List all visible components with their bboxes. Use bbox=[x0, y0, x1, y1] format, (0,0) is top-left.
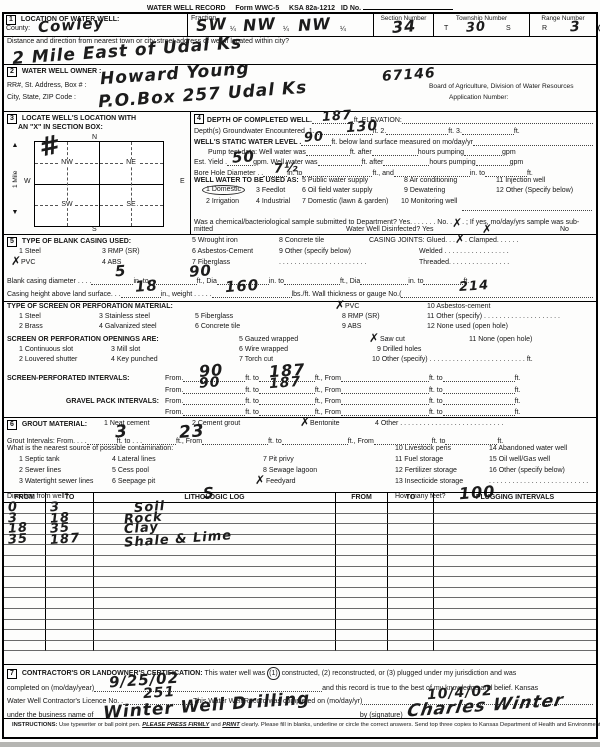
plug-row-desc bbox=[434, 535, 596, 546]
screen-option-10: 10 Asbestos-cement bbox=[427, 303, 490, 310]
section-box-diagram: NW NE SW SE # bbox=[34, 141, 164, 227]
use-option-9: 9 Dewatering bbox=[404, 187, 445, 194]
use-option-7: 7 Domestic (lawn & garden) bbox=[302, 198, 388, 205]
gp2-ftto2: ft. to bbox=[429, 409, 443, 416]
section1-number: 1 bbox=[6, 15, 16, 25]
section5-casing: 5 TYPE OF BLANK CASING USED: 5 Wrought i… bbox=[4, 234, 596, 301]
gp1-from: From. bbox=[165, 398, 183, 405]
gp1-ftto: ft. to bbox=[245, 398, 259, 405]
screen-option-1: 1 Steel bbox=[19, 313, 41, 320]
spi2-from: From. bbox=[165, 387, 183, 394]
quarter-line-h1 bbox=[35, 163, 163, 164]
yield-after-label: ft. after bbox=[362, 159, 384, 166]
col-from-2: FROM bbox=[336, 493, 388, 503]
plug-row-desc bbox=[434, 503, 596, 514]
use-row3: 2 Irrigation 4 Industrial 7 Domestic (la… bbox=[194, 198, 593, 210]
casing-option-3: 3 RMP (SR) bbox=[102, 248, 140, 255]
contam-option-6: 6 Seepage pit bbox=[112, 478, 155, 485]
quadrant-ne: NE bbox=[124, 159, 138, 166]
scan-edge bbox=[0, 742, 600, 747]
contam-option-5: 5 Cess pool bbox=[112, 467, 149, 474]
static-level-row: WELL'S STATIC WATER LEVEL . ft. below la… bbox=[194, 135, 593, 146]
section2-number: 2 bbox=[7, 67, 17, 77]
log-row-from: 35 bbox=[4, 535, 46, 546]
x-mark-bentonite: ✗ bbox=[300, 419, 310, 425]
x-mark-glued: ✗ bbox=[455, 236, 465, 242]
spi1-ftfrom: ft., From bbox=[315, 375, 341, 382]
section-number-value: 34 bbox=[391, 18, 416, 36]
section-box-horizontal-line bbox=[35, 184, 163, 185]
completed-on-label: completed on (mo/day/year) bbox=[7, 685, 94, 692]
section3-number: 3 bbox=[7, 114, 17, 124]
gravel-intervals-label: GRAVEL PACK INTERVALS: bbox=[7, 398, 165, 405]
one-mile-label: 1 Mile bbox=[12, 149, 19, 209]
county-value: Cowley bbox=[38, 16, 105, 36]
spi2-ftfrom: ft., From bbox=[315, 387, 341, 394]
grout-intervals-label: Grout Intervals: From. . . . bbox=[7, 438, 87, 445]
fraction-q1: SW bbox=[195, 16, 227, 34]
casing-option-9-dots: . . . . . . . . . . . . . . . . . . . . … bbox=[279, 259, 367, 266]
zip-value: 67146 bbox=[382, 66, 437, 84]
range-value: 3 bbox=[570, 20, 582, 35]
contam-option-4: 4 Lateral lines bbox=[112, 456, 156, 463]
quadrant-sw: SW bbox=[59, 201, 74, 208]
screen-option-12: 12 None used (open hole) bbox=[427, 323, 508, 330]
instructions-u2: PRINT bbox=[222, 722, 239, 728]
joints-welded: Welded . . . . . . . . . . . . . . . . . bbox=[419, 248, 509, 255]
bore-ft-and: ft., and bbox=[372, 170, 393, 177]
quarter-symbol-1: ¼ bbox=[230, 26, 236, 33]
x-mark-pvc-screen: ✗ bbox=[335, 302, 345, 308]
form-number: Form WWC-5 bbox=[235, 5, 279, 12]
spi1-ftto: ft. to bbox=[245, 375, 259, 382]
use-option-3: 3 Feedlot bbox=[256, 187, 285, 194]
casing-height-value: 18 bbox=[135, 278, 159, 295]
plug-row-from bbox=[336, 535, 388, 546]
section5-number: 5 bbox=[7, 237, 17, 247]
screen-row2: 1 Steel 3 Stainless steel 5 Fiberglass 8… bbox=[7, 313, 593, 323]
cert-text-2: constructed, (2) reconstructed, or (3) p… bbox=[282, 670, 517, 677]
fraction-cell: Fraction SW ¼ NW ¼ NW ¼ bbox=[188, 14, 374, 36]
section7: 7 CONTRACTOR'S OR LANDOWNER'S CERTIFICAT… bbox=[4, 664, 596, 718]
compass-e: E bbox=[180, 178, 185, 185]
groundwater-row: Depth(s) Groundwater Encountered 1. ft. … bbox=[194, 124, 593, 135]
plug-row-to bbox=[388, 535, 434, 546]
one-mile-scale: ▲ 1 Mile ▼ bbox=[10, 142, 20, 226]
depth-label: DEPTH OF COMPLETED WELL. bbox=[207, 117, 312, 124]
casing-option-6: 6 Asbestos-Cement bbox=[192, 248, 253, 255]
yield-row: Est. Yield . gpm. Well water was ft. aft… bbox=[194, 156, 593, 166]
static-level-label: WELL'S STATIC WATER LEVEL . bbox=[194, 139, 301, 146]
use-option-11: 11 Injection well bbox=[496, 177, 545, 184]
joints-label: CASING JOINTS: Glued. . . bbox=[369, 237, 455, 244]
address-label: RR#, St. Address, Box # : bbox=[7, 82, 86, 89]
screen-option-8: 8 RMP (SR) bbox=[342, 313, 380, 320]
form-id-blank bbox=[363, 2, 453, 10]
use-option-8: 8 Air conditioning bbox=[404, 177, 457, 184]
screen-option-9: 9 ABS bbox=[342, 323, 361, 330]
screen-option-7-pvc: PVC bbox=[345, 303, 359, 310]
county-cell: 1 LOCATION OF WATER WELL: County: Cowley bbox=[4, 14, 188, 36]
lithologic-table: FROM TO LITHOLOGIC LOG FROM TO PLUGGING … bbox=[4, 492, 596, 651]
township-value: 30 bbox=[466, 20, 487, 34]
contam-option-14: 14 Abandoned water well bbox=[489, 445, 567, 452]
opening-option-1: 1 Continuous slot bbox=[19, 346, 73, 353]
bore-label: Bore Hole Diameter . . bbox=[194, 170, 263, 177]
form-body: 1 LOCATION OF WATER WELL: County: Cowley… bbox=[2, 12, 598, 739]
section4-number: 4 bbox=[194, 114, 204, 124]
screen-interval-row2: From. ft. to ft., From ft. to ft. 90 187 bbox=[7, 382, 593, 394]
casing-diam-in-to-3: in. to bbox=[408, 278, 423, 285]
screen-row3: 2 Brass 4 Galvanized steel 6 Concrete ti… bbox=[7, 323, 593, 333]
county-label: County: bbox=[6, 25, 30, 32]
bore-in-to-2: in. to bbox=[470, 170, 485, 177]
application-number-label: Application Number: bbox=[449, 94, 508, 101]
fraction-q2: NW bbox=[242, 16, 276, 34]
quarter-symbol-2: ¼ bbox=[283, 26, 289, 33]
contam-option-12: 12 Fertilizer storage bbox=[395, 467, 457, 474]
quarter-line-v2 bbox=[131, 142, 132, 226]
gravel-row1: GRAVEL PACK INTERVALS: From. ft. to ft.,… bbox=[7, 394, 593, 405]
casing-diameter-row: Blank casing diameter . . . . in. to ft.… bbox=[7, 271, 593, 285]
use-row1: WELL WATER TO BE USED AS: 5 Public water… bbox=[194, 177, 593, 187]
use-option-12: 12 Other (Specify below) bbox=[496, 187, 573, 194]
contamination-row3: 2 Sewer lines 5 Cess pool 8 Sewage lagoo… bbox=[7, 467, 593, 478]
form-id-label: ID No. bbox=[341, 5, 361, 12]
township-s: S bbox=[506, 25, 511, 32]
mitted-label: mitted bbox=[194, 226, 213, 233]
spi2-ftto: ft. to bbox=[245, 387, 259, 394]
screen-intervals-label: SCREEN-PERFORATED INTERVALS: bbox=[7, 375, 165, 382]
use-option-5: 5 Public water supply bbox=[302, 177, 368, 184]
casing-row2: 1 Steel 3 RMP (SR) 6 Asbestos-Cement 9 O… bbox=[7, 248, 593, 259]
casing-diam-ft-dia-2: ft., Dia bbox=[340, 278, 360, 285]
section6-number: 6 bbox=[7, 420, 17, 430]
opening-option-9: 9 Drilled holes bbox=[377, 346, 421, 353]
section-number-cell: Section Number 34 bbox=[374, 14, 434, 36]
grout-ftfrom2: ft., From bbox=[348, 438, 374, 445]
range-cell: Range Number R 3 E W bbox=[530, 14, 596, 36]
quadrant-se: SE bbox=[124, 201, 137, 208]
contam-option-10: 10 Livestock pens bbox=[395, 445, 451, 452]
col-lithologic-log: LITHOLOGIC LOG bbox=[94, 493, 336, 503]
depth-row: 4 DEPTH OF COMPLETED WELL. ft. ELEVATION… bbox=[194, 113, 593, 124]
contam-option-1: 1 Septic tank bbox=[19, 456, 59, 463]
casing-wall-label: lbs./ft. Wall thickness or gauge No.( bbox=[292, 291, 402, 298]
casing-row1: 5 TYPE OF BLANK CASING USED: 5 Wrought i… bbox=[7, 237, 593, 248]
plug-row-desc bbox=[434, 514, 596, 525]
plug-row-to bbox=[388, 514, 434, 525]
instructions-u1: PLEASE PRESS FIRMLY bbox=[142, 722, 209, 728]
cert-line1: 7 CONTRACTOR'S OR LANDOWNER'S CERTIFICAT… bbox=[7, 667, 593, 679]
gp1-ftto2: ft. to bbox=[429, 398, 443, 405]
quarter-line-v1 bbox=[67, 142, 68, 226]
instructions-label: INSTRUCTIONS: bbox=[12, 722, 57, 728]
screen-row1: TYPE OF SCREEN OR PERFORATION MATERIAL: … bbox=[7, 303, 593, 313]
log-row-desc: Shale & Lime bbox=[94, 535, 336, 546]
city-state-zip-label: City, State, ZIP Code : bbox=[7, 94, 76, 101]
contamination-label: What is the nearest source of possible c… bbox=[7, 445, 173, 452]
contam-option-11: 11 Fuel storage bbox=[395, 456, 443, 463]
cert-line4: under the business name of by (signature… bbox=[7, 705, 593, 719]
opening-option-11: 11 None (open hole) bbox=[469, 336, 532, 343]
casing-option-9: 9 Other (specify below) bbox=[279, 248, 351, 255]
instructions-p1: Use typewriter or ball point pen. bbox=[59, 722, 141, 728]
pump-gpm-label: gpm bbox=[502, 149, 516, 156]
openings-row1: SCREEN OR PERFORATION OPENINGS ARE: 5 Ga… bbox=[7, 336, 593, 346]
screen-option-3: 3 Stainless steel bbox=[99, 313, 150, 320]
opening-option-4: 4 Key punched bbox=[111, 356, 158, 363]
contam-option-7: 7 Pit privy bbox=[263, 456, 294, 463]
section4: 4 DEPTH OF COMPLETED WELL. ft. ELEVATION… bbox=[191, 112, 596, 234]
yield-gpm-label: gpm bbox=[510, 159, 524, 166]
grout-from-value: 3 bbox=[114, 424, 128, 442]
section2-title: WATER WELL OWNER : bbox=[22, 68, 101, 75]
opening-option-8-saw-cut: Saw cut bbox=[380, 336, 405, 343]
plug-row-from bbox=[336, 503, 388, 514]
casing-title: TYPE OF BLANK CASING USED: bbox=[22, 238, 131, 245]
arrow-down-icon: ▼ bbox=[12, 209, 19, 216]
section5-screen-material: TYPE OF SCREEN OR PERFORATION MATERIAL: … bbox=[4, 301, 596, 335]
section2: 2 WATER WELL OWNER : RR#, St. Address, B… bbox=[4, 64, 596, 111]
casing-row3: ✗ PVC 4 ABS 7 Fiberglass . . . . . . . .… bbox=[7, 259, 593, 271]
contam-option-2: 2 Sewer lines bbox=[19, 467, 61, 474]
use-option-2: 2 Irrigation bbox=[206, 198, 239, 205]
gp2-from: From. bbox=[165, 409, 183, 416]
sample-rest: . ; If yes, mo/day/yrs sample was sub- bbox=[462, 219, 579, 226]
opening-option-6: 6 Wire wrapped bbox=[239, 346, 288, 353]
disinfected-label: Water Well Disinfected? Yes bbox=[346, 226, 434, 233]
spi1-ftend: ft. bbox=[515, 375, 521, 382]
casing-option-5: 5 Wrought iron bbox=[192, 237, 238, 244]
screen-option-5: 5 Fiberglass bbox=[195, 313, 233, 320]
casing-weight-value: 160 bbox=[225, 278, 260, 295]
opening-option-2: 2 Louvered shutter bbox=[19, 356, 77, 363]
gp1-ftend: ft. bbox=[515, 398, 521, 405]
instructions-p2: and bbox=[211, 722, 221, 728]
grout-ftto3: ft. to bbox=[432, 438, 446, 445]
casing-height-label: Casing height above land surface. . . bbox=[7, 291, 121, 298]
openings-title: SCREEN OR PERFORATION OPENINGS ARE: bbox=[7, 336, 159, 343]
casing-diameter-value: 5 bbox=[114, 264, 126, 280]
grout-option-3-bentonite: Bentonite bbox=[310, 420, 340, 427]
screen-option-2: 2 Brass bbox=[19, 323, 43, 330]
opening-option-10: 10 Other (specify) . . . . . . . . . . .… bbox=[372, 356, 533, 363]
contam-option-16: 16 Other (specify below) bbox=[489, 467, 565, 474]
section7-number: 7 bbox=[7, 669, 17, 679]
static-level-rest: ft. below land surface measured on mo/da… bbox=[331, 139, 473, 146]
screen-interval-2-from: 90 bbox=[199, 375, 221, 390]
form-ksa: KSA 82a-1212 bbox=[289, 5, 335, 12]
section5-intervals: SCREEN-PERFORATED INTERVALS: From. ft. t… bbox=[4, 368, 596, 417]
fraction-q3: NW bbox=[297, 16, 331, 34]
section3-title-2: AN "X" IN SECTION BOX: bbox=[18, 124, 103, 131]
use-option-1-circled: 1 Domestic bbox=[202, 185, 245, 195]
pump-hours-label: hours pumping bbox=[418, 149, 464, 156]
grout-intervals-row: Grout Intervals: From. . . . ft. to . . … bbox=[7, 432, 593, 445]
groundwater-ft: ft. bbox=[514, 128, 520, 135]
use-title: WELL WATER TO BE USED AS: bbox=[194, 177, 299, 184]
groundwater-3: ft. 3. bbox=[448, 128, 462, 135]
bore-value: 7½ bbox=[274, 161, 299, 176]
opening-option-5: 5 Gauzed wrapped bbox=[239, 336, 298, 343]
sample-question: Was a chemical/bacteriological sample su… bbox=[194, 219, 452, 226]
range-r: R bbox=[542, 25, 547, 32]
pump-after-label: ft. after bbox=[350, 149, 372, 156]
use-option-6: 6 Oil field water supply bbox=[302, 187, 372, 194]
contam-option-9-feedyard: Feedyard bbox=[266, 478, 296, 485]
casing-option-8: 8 Concrete tile bbox=[279, 237, 324, 244]
contam-option-13: 13 Insecticide storage bbox=[395, 478, 463, 485]
screen-option-11: 11 Other (specify) . . . . . . . . . . .… bbox=[427, 313, 560, 320]
contamination-row4: 3 Watertight sewer lines 6 Seepage pit ✗… bbox=[7, 478, 593, 489]
township-t: T bbox=[444, 25, 448, 32]
section1-row2: Distance and direction from nearest town… bbox=[4, 36, 596, 64]
casing-option-1: 1 Steel bbox=[19, 248, 41, 255]
spi2-ftto2: ft. to bbox=[429, 387, 443, 394]
plug-row-from bbox=[336, 524, 388, 535]
spi1-from: From. bbox=[165, 375, 183, 382]
x-mark-pvc-casing: ✗ bbox=[11, 258, 21, 264]
grout-row1: 6 GROUT MATERIAL: 1 Neat cement 2 Cement… bbox=[7, 420, 593, 432]
grout-ft-end: ft. bbox=[497, 438, 503, 445]
cert-text-1: This water well was bbox=[204, 670, 265, 677]
section3-title-1: LOCATE WELL'S LOCATION WITH bbox=[22, 115, 136, 122]
casing-weight-label: in., weight . . . . . bbox=[161, 291, 212, 298]
spi1-ftto2: ft. to bbox=[429, 375, 443, 382]
grout-title: GROUT MATERIAL: bbox=[22, 421, 87, 428]
opening-option-3: 3 Mill slot bbox=[111, 346, 140, 353]
x-mark-disinfected-yes: ✗ bbox=[482, 226, 492, 232]
col-plugging-intervals: PLUGGING INTERVALS bbox=[434, 493, 596, 503]
contam-option-16-dots: . . . . . . . . . . . . . . . . . . . . … bbox=[489, 478, 588, 485]
casing-wall-value: 214 bbox=[459, 279, 490, 294]
bore-ft: ft. bbox=[527, 170, 533, 177]
form-header: WATER WELL RECORD Form WWC-5 KSA 82a-121… bbox=[0, 2, 600, 12]
casing-diameter-depth-value: 90 bbox=[189, 263, 213, 280]
sample-row: Was a chemical/bacteriological sample su… bbox=[194, 214, 593, 226]
plug-row-from bbox=[336, 514, 388, 525]
casing-height-row: Casing height above land surface. . . in… bbox=[7, 285, 593, 298]
screen-interval-2-to: 187 bbox=[269, 375, 302, 391]
groundwater-1-value: 130 bbox=[346, 119, 379, 135]
instructions: INSTRUCTIONS: Use typewriter or ball poi… bbox=[4, 718, 596, 737]
joints-threaded: Threaded. . . . . . . . . . . . . . . . bbox=[419, 259, 509, 266]
disinfected-no-label: No bbox=[560, 226, 569, 233]
plug-row-to bbox=[388, 524, 434, 535]
compass-w: W bbox=[24, 178, 31, 185]
casing-diameter-label: Blank casing diameter . . . . bbox=[7, 278, 91, 285]
log-row-to: 187 bbox=[46, 535, 94, 546]
x-mark-saw-cut: ✗ bbox=[369, 335, 379, 341]
grout-to-value: 23 bbox=[178, 423, 205, 442]
grout-option-4: 4 Other . . . . . . . . . . . . . . . . … bbox=[375, 420, 503, 427]
log-from-value: 35 bbox=[8, 532, 29, 546]
water-well-record-form: WATER WELL RECORD Form WWC-5 KSA 82a-121… bbox=[0, 0, 600, 747]
gp2-ftend: ft. bbox=[515, 409, 521, 416]
spi2-ftend: ft. bbox=[515, 387, 521, 394]
screen-option-4: 4 Galvanized steel bbox=[99, 323, 157, 330]
form-title: WATER WELL RECORD bbox=[147, 5, 226, 12]
board-of-agriculture-label: Board of Agriculture, Division of Water … bbox=[429, 83, 574, 90]
casing-option-2-pvc: PVC bbox=[21, 259, 35, 266]
use-option-4: 4 Industrial bbox=[256, 198, 290, 205]
contamination-row2: 1 Septic tank 4 Lateral lines 7 Pit priv… bbox=[7, 456, 593, 467]
contamination-row1: What is the nearest source of possible c… bbox=[7, 445, 593, 456]
section1-row1: 1 LOCATION OF WATER WELL: County: Cowley… bbox=[4, 14, 596, 36]
township-cell: Township Number T 30 S bbox=[434, 14, 530, 36]
screen-title: TYPE OF SCREEN OR PERFORATION MATERIAL: bbox=[7, 303, 173, 310]
quarter-symbol-3: ¼ bbox=[340, 26, 346, 33]
grout-ftto2: ft. to bbox=[268, 438, 282, 445]
well-location-mark: # bbox=[37, 132, 61, 161]
col-to-2: TO bbox=[388, 493, 434, 503]
x-mark-feedyard: ✗ bbox=[255, 477, 265, 483]
plug-row-desc bbox=[434, 524, 596, 535]
compass-n: N bbox=[92, 134, 97, 141]
arrow-up-icon: ▲ bbox=[12, 142, 19, 149]
quadrant-nw: NW bbox=[59, 159, 75, 166]
quarter-line-h2 bbox=[35, 205, 163, 206]
bore-row: Bore Hole Diameter . . in. to ft., and i… bbox=[194, 166, 593, 177]
instructions-p3: clearly. Please fill in blanks, underlin… bbox=[241, 722, 600, 728]
openings-row2: 1 Continuous slot 3 Mill slot 6 Wire wra… bbox=[7, 346, 593, 356]
groundwater-label: Depth(s) Groundwater Encountered bbox=[194, 128, 305, 135]
contam-option-15: 15 Oil well/Gas well bbox=[489, 456, 550, 463]
casing-diam-in-to-2: in. to bbox=[269, 278, 284, 285]
yield-value: 50 bbox=[232, 149, 256, 166]
gp2-ftfrom: ft., From bbox=[315, 409, 341, 416]
compass-s: S bbox=[92, 226, 97, 233]
pump-test-label: Pump test data: Well water was bbox=[208, 149, 306, 156]
static-level-value: 90 bbox=[304, 130, 325, 144]
yield-label: Est. Yield . bbox=[194, 159, 227, 166]
screen-option-6: 6 Concrete tile bbox=[195, 323, 240, 330]
gp2-ftto: ft. to bbox=[245, 409, 259, 416]
contam-option-3: 3 Watertight sewer lines bbox=[19, 478, 93, 485]
use-option-10: 10 Monitoring well bbox=[401, 198, 457, 205]
plug-row-to bbox=[388, 503, 434, 514]
contam-option-8: 8 Sewage lagoon bbox=[263, 467, 317, 474]
section3-4: 3 LOCATE WELL'S LOCATION WITH AN "X" IN … bbox=[4, 111, 596, 234]
use-row2: 1 Domestic 3 Feedlot 6 Oil field water s… bbox=[194, 187, 593, 198]
gp1-ftfrom: ft., From bbox=[315, 398, 341, 405]
joints-clamped: . Clamped. . . . . . bbox=[465, 237, 518, 244]
yield-hours-label: hours pumping bbox=[429, 159, 475, 166]
section3: 3 LOCATE WELL'S LOCATION WITH AN "X" IN … bbox=[4, 112, 191, 234]
